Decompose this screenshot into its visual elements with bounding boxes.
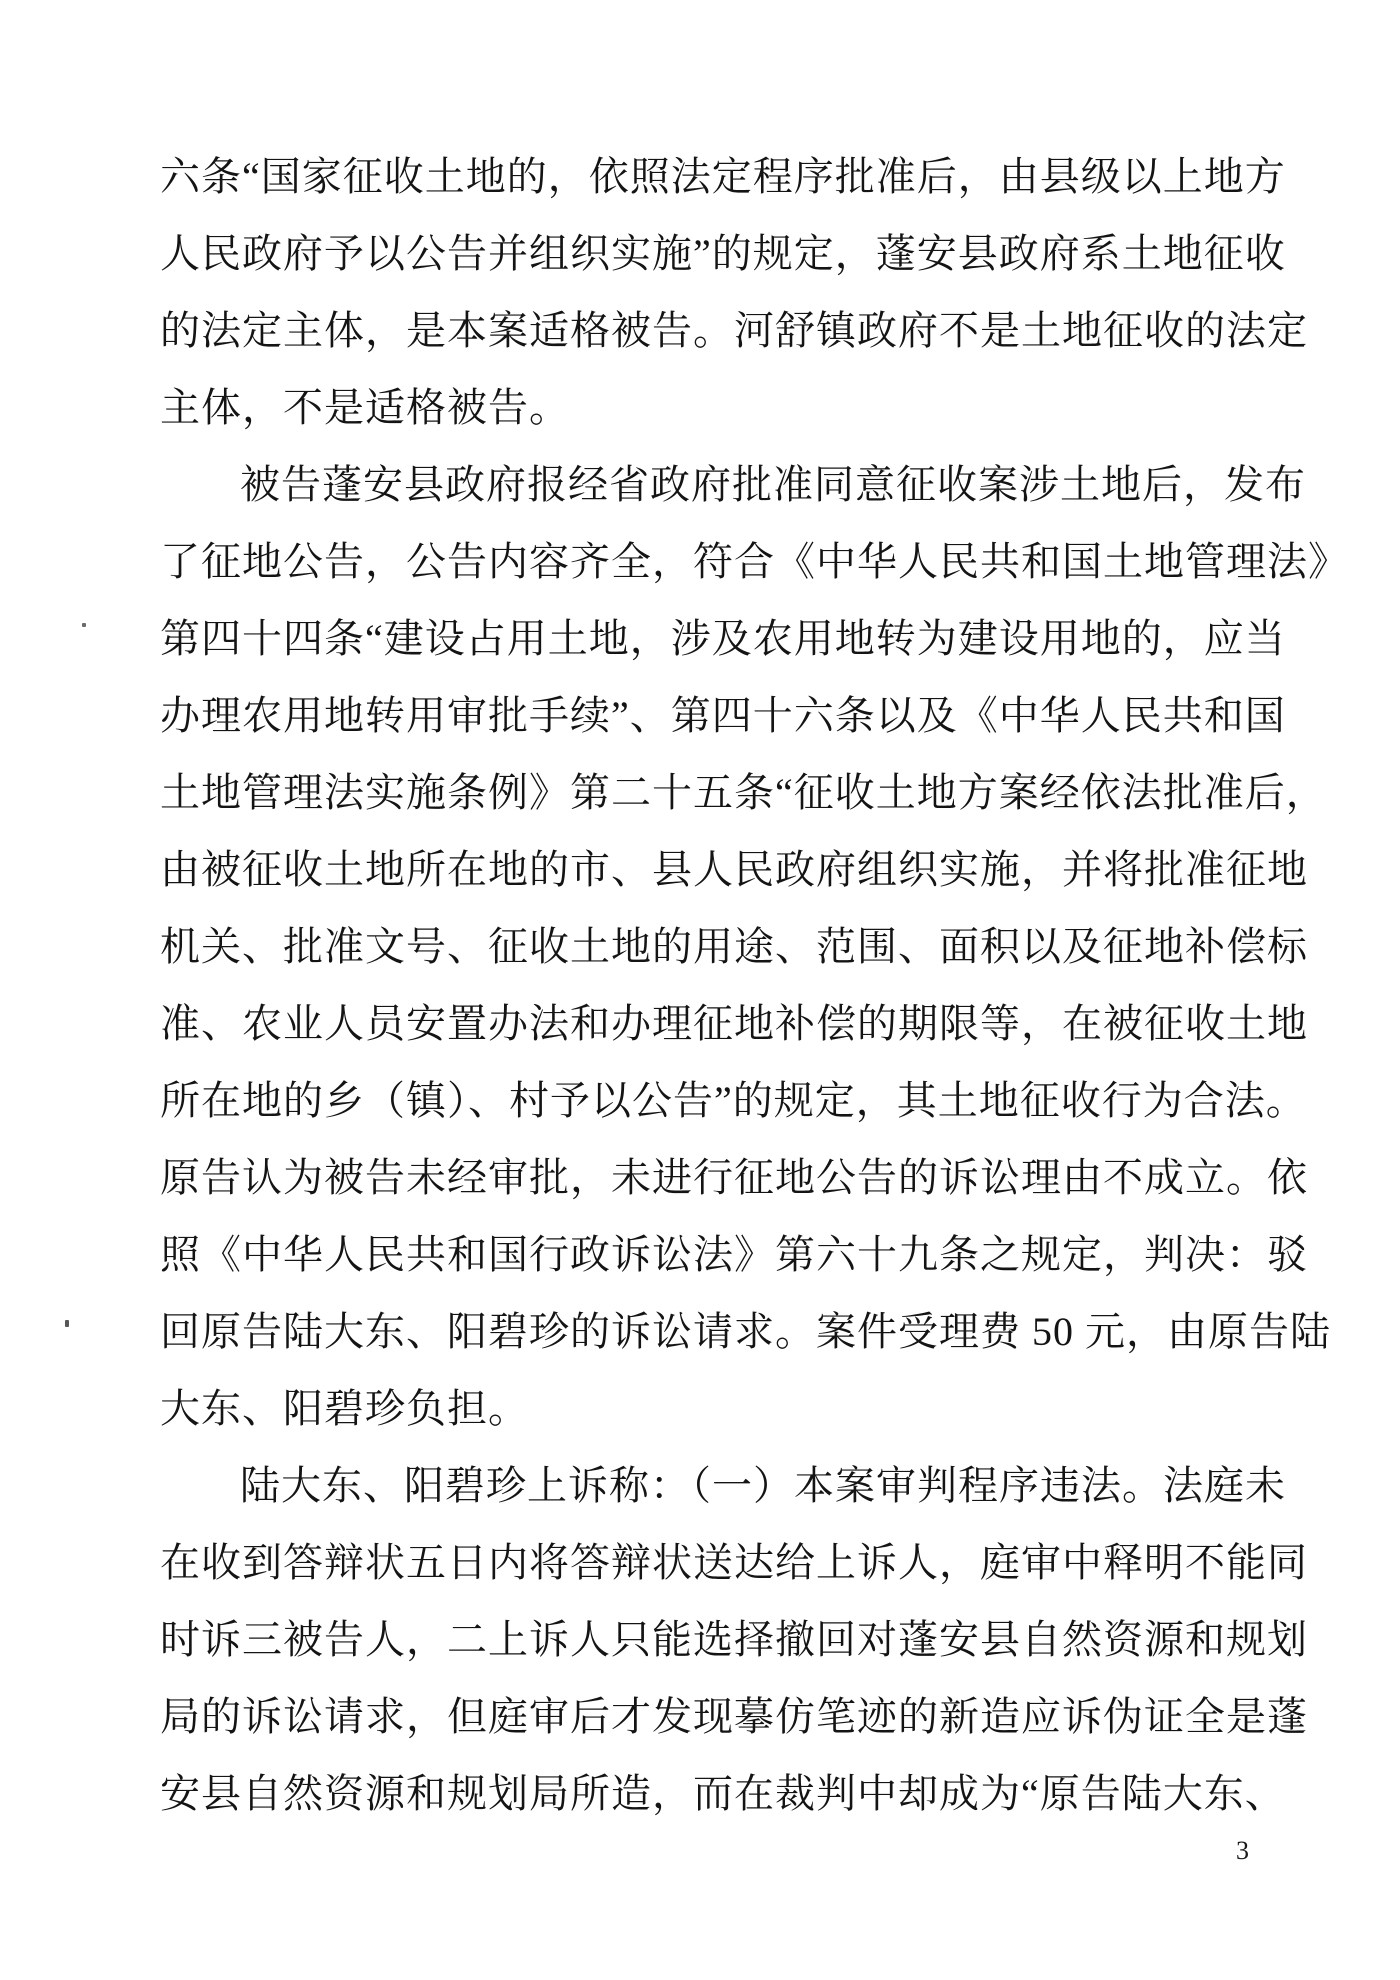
- text-line: 时诉三被告人，二上诉人只能选择撤回对蓬安县自然资源和规划: [160, 1601, 1278, 1678]
- text-line: 六条“国家征收土地的，依照法定程序批准后，由县级以上地方: [160, 138, 1278, 215]
- text-line: 所在地的乡（镇）、村予以公告”的规定，其土地征收行为合法。: [160, 1062, 1278, 1139]
- scan-speck: [82, 623, 86, 627]
- text-line: 回原告陆大东、阳碧珍的诉讼请求。案件受理费 50 元，由原告陆: [160, 1293, 1278, 1370]
- text-line: 土地管理法实施条例》第二十五条“征收土地方案经依法批准后，: [160, 754, 1278, 831]
- document-text-block: 六条“国家征收土地的，依照法定程序批准后，由县级以上地方 人民政府予以公告并组织…: [160, 138, 1278, 1832]
- scanned-court-document-page: 六条“国家征收土地的，依照法定程序批准后，由县级以上地方 人民政府予以公告并组织…: [0, 0, 1400, 1980]
- text-line: 由被征收土地所在地的市、县人民政府组织实施，并将批准征地: [160, 831, 1278, 908]
- text-line: 的法定主体，是本案适格被告。河舒镇政府不是土地征收的法定: [160, 292, 1278, 369]
- text-line: 原告认为被告未经审批，未进行征地公告的诉讼理由不成立。依: [160, 1139, 1278, 1216]
- text-line: 照《中华人民共和国行政诉讼法》第六十九条之规定，判决：驳: [160, 1216, 1278, 1293]
- text-line: 办理农用地转用审批手续”、第四十六条以及《中华人民共和国: [160, 677, 1278, 754]
- text-line: 大东、阳碧珍负担。: [160, 1370, 1278, 1447]
- text-line: 安县自然资源和规划局所造，而在裁判中却成为“原告陆大东、: [160, 1755, 1278, 1832]
- text-line: 机关、批准文号、征收土地的用途、范围、面积以及征地补偿标: [160, 908, 1278, 985]
- text-line: 准、农业人员安置办法和办理征地补偿的期限等，在被征收土地: [160, 985, 1278, 1062]
- text-line: 在收到答辩状五日内将答辩状送达给上诉人，庭审中释明不能同: [160, 1524, 1278, 1601]
- page-number: 3: [1236, 1836, 1249, 1866]
- text-line: 局的诉讼请求，但庭审后才发现摹仿笔迹的新造应诉伪证全是蓬: [160, 1678, 1278, 1755]
- text-line: 人民政府予以公告并组织实施”的规定，蓬安县政府系土地征收: [160, 215, 1278, 292]
- text-line: 陆大东、阳碧珍上诉称：（一）本案审判程序违法。法庭未: [160, 1447, 1278, 1524]
- text-line: 第四十四条“建设占用土地，涉及农用地转为建设用地的，应当: [160, 600, 1278, 677]
- scan-speck: [65, 1320, 69, 1327]
- text-line: 主体，不是适格被告。: [160, 369, 1278, 446]
- text-line: 了征地公告，公告内容齐全，符合《中华人民共和国土地管理法》: [160, 523, 1278, 600]
- text-line: 被告蓬安县政府报经省政府批准同意征收案涉土地后，发布: [160, 446, 1278, 523]
